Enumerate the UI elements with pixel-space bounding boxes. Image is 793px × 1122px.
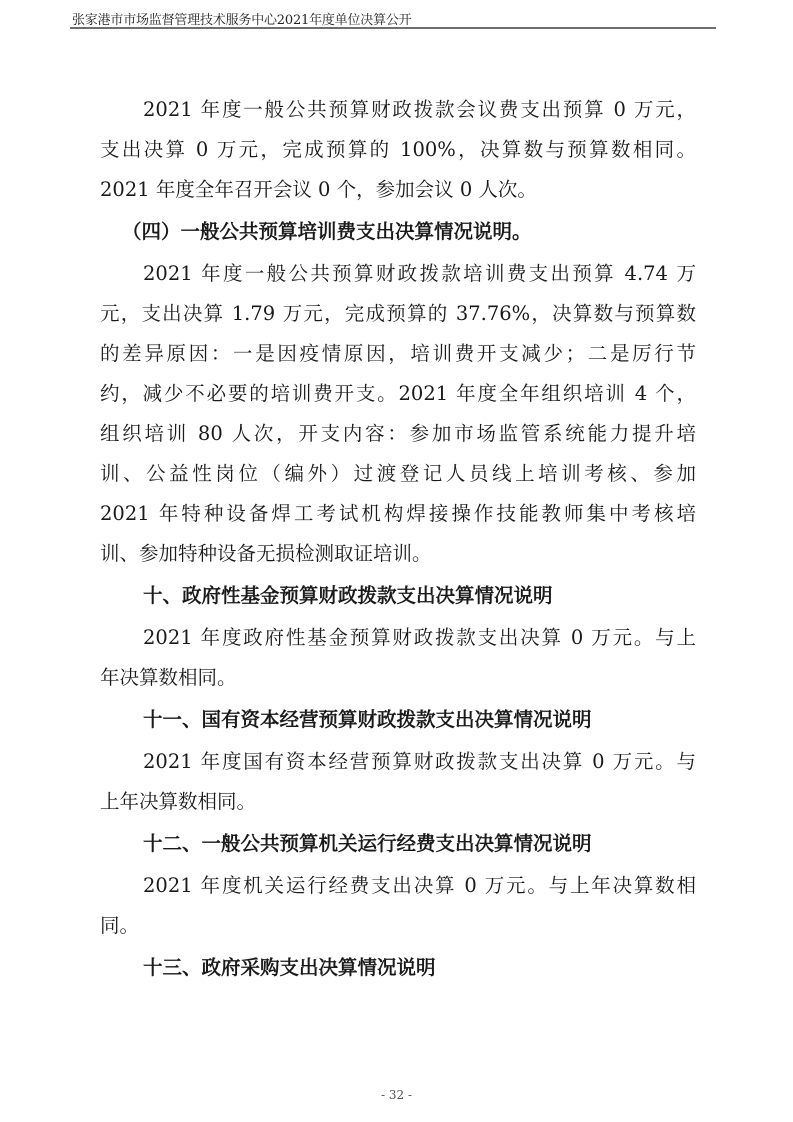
paragraph-line: 支出决算 0 万元，完成预算的 100%，决算数与预算数相同。 <box>100 130 696 170</box>
paragraph-line: 组织培训 80 人次，开支内容：参加市场监管系统能力提升培 <box>100 414 696 454</box>
header-rule <box>70 27 716 29</box>
paragraph-line: 同。 <box>100 906 696 946</box>
paragraph-line: 2021 年度全年召开会议 0 个，参加会议 0 人次。 <box>100 170 696 210</box>
paragraph-line: 约，减少不必要的培训费开支。2021 年度全年组织培训 4 个， <box>100 374 696 414</box>
paragraph-line: 2021 年度政府性基金预算财政拨款支出决算 0 万元。与上 <box>100 618 696 658</box>
paragraph-line: 2021 年度机关运行经费支出决算 0 万元。与上年决算数相 <box>100 866 696 906</box>
paragraph-line: 上年决算数相同。 <box>100 782 696 822</box>
paragraph-line: 2021 年度一般公共预算财政拨款培训费支出预算 4.74 万 <box>100 254 696 294</box>
section-heading-12: 十二、一般公共预算机关运行经费支出决算情况说明 <box>100 822 696 866</box>
section-heading-10: 十、政府性基金预算财政拨款支出决算情况说明 <box>100 574 696 618</box>
paragraph-line: 2021 年度国有资本经营预算财政拨款支出决算 0 万元。与 <box>100 742 696 782</box>
section-heading-11: 十一、国有资本经营预算财政拨款支出决算情况说明 <box>100 698 696 742</box>
running-header: 张家港市市场监督管理技术服务中心2021年度单位决算公开 <box>72 9 716 28</box>
paragraph-line: 的差异原因：一是因疫情原因，培训费开支减少；二是厉行节 <box>100 334 696 374</box>
paragraph-line: 训、参加特种设备无损检测取证培训。 <box>100 534 696 574</box>
paragraph-line: 年决算数相同。 <box>100 658 696 698</box>
section-heading-13: 十三、政府采购支出决算情况说明 <box>100 946 696 990</box>
paragraph-line: 2021 年度一般公共预算财政拨款会议费支出预算 0 万元， <box>100 90 696 130</box>
paragraph-line: 2021 年特种设备焊工考试机构焊接操作技能教师集中考核培 <box>100 494 696 534</box>
page-number: - 32 - <box>0 1088 793 1102</box>
section-heading-training: （四）一般公共预算培训费支出决算情况说明。 <box>100 210 696 254</box>
paragraph-line: 元，支出决算 1.79 万元，完成预算的 37.76%，决算数与预算数 <box>100 294 696 334</box>
paragraph-line: 训、公益性岗位（编外）过渡登记人员线上培训考核、参加 <box>100 454 696 494</box>
document-body: 2021 年度一般公共预算财政拨款会议费支出预算 0 万元， 支出决算 0 万元… <box>100 90 696 990</box>
